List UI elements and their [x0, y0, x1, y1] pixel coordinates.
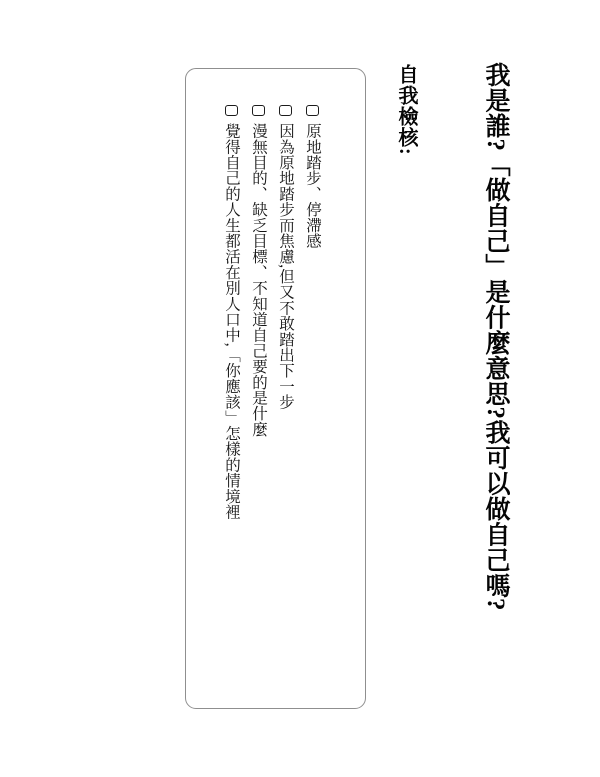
book-page: 我是誰?「做自己」是什麼意思?我可以做自己嗎? 自我檢核: 原地踏步、停滯感 因… [0, 0, 600, 777]
checklist-item: 因為原地踏步而焦慮,但又不敢踏出下一步 [272, 105, 299, 635]
checklist-item: 漫無目的、缺乏目標、不知道自己要的是什麼 [245, 105, 272, 635]
checkbox-icon [252, 105, 265, 116]
checkbox-icon [279, 105, 292, 116]
self-check-heading: 自我檢核: [392, 64, 419, 264]
checkbox-icon [306, 105, 319, 116]
checklist-box: 原地踏步、停滯感 因為原地踏步而焦慮,但又不敢踏出下一步 漫無目的、缺乏目標、不… [185, 68, 366, 709]
checklist: 原地踏步、停滯感 因為原地踏步而焦慮,但又不敢踏出下一步 漫無目的、缺乏目標、不… [218, 105, 326, 635]
checklist-item: 覺得自己的人生都活在別人口中,「你應該」怎樣的情境裡 [218, 105, 245, 635]
checklist-item-label: 原地踏步、停滯感 [304, 123, 321, 249]
checklist-item: 原地踏步、停滯感 [299, 105, 326, 635]
checklist-item-label: 覺得自己的人生都活在別人口中,「你應該」怎樣的情境裡 [223, 123, 240, 520]
page-title: 我是誰?「做自己」是什麼意思?我可以做自己嗎? [477, 62, 513, 702]
checklist-item-label: 因為原地踏步而焦慮,但又不敢踏出下一步 [277, 123, 294, 410]
checkbox-icon [225, 105, 238, 116]
checklist-item-label: 漫無目的、缺乏目標、不知道自己要的是什麼 [250, 123, 267, 437]
